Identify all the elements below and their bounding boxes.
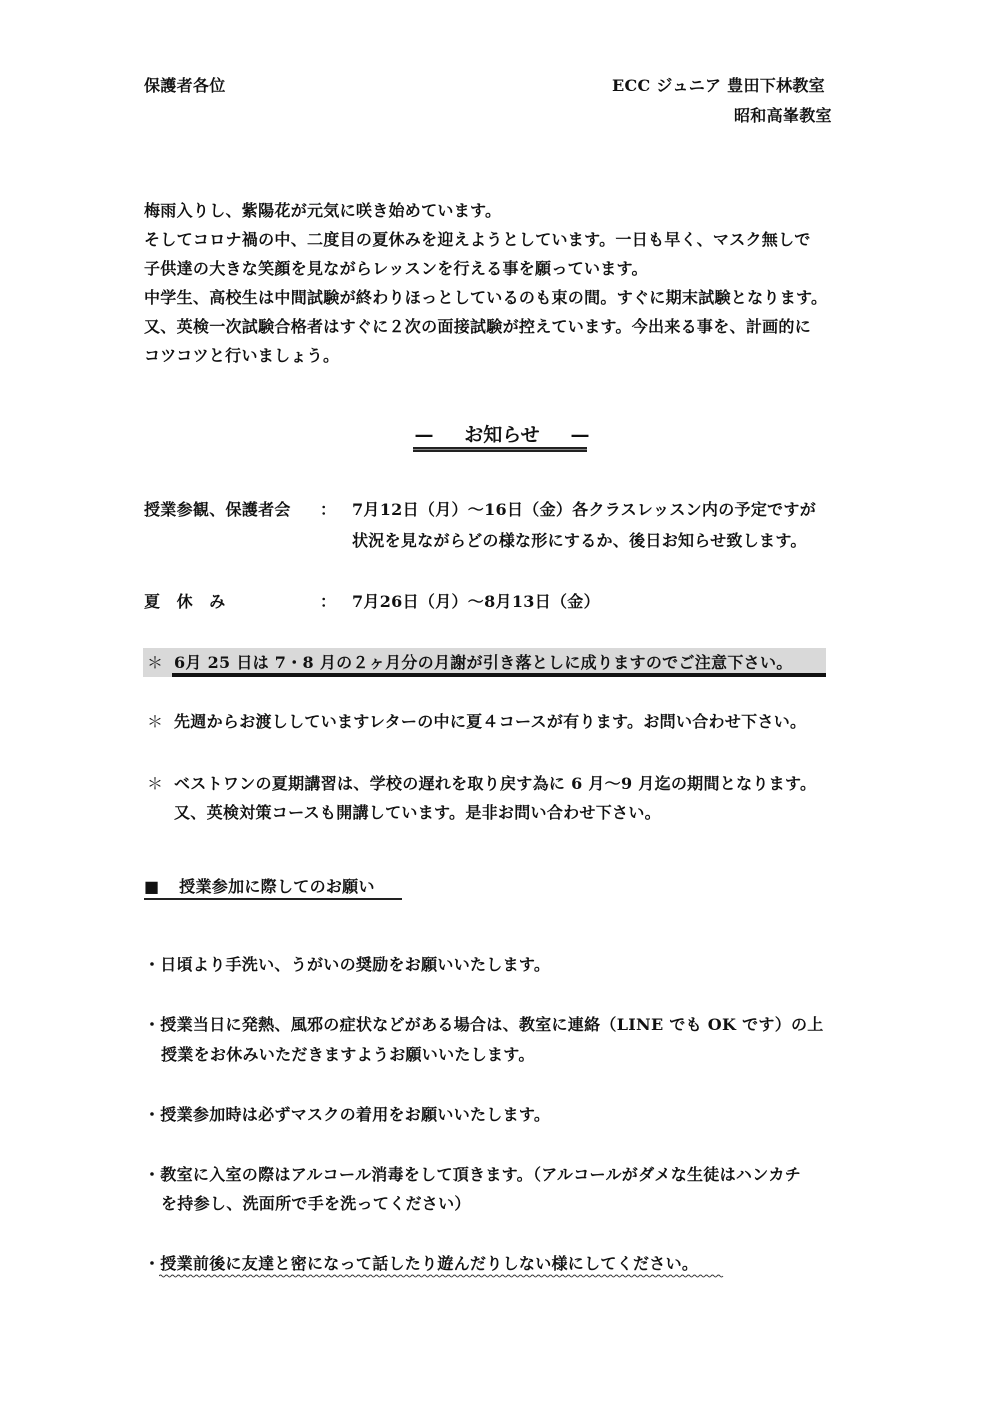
- heading-dash-left: —: [413, 424, 435, 446]
- greeting-line: 中学生、高校生は中間試験が終わりほっとしているのも束の間。すぐに期末試験となりま…: [144, 288, 827, 308]
- notice-heading: — お知らせ —: [413, 424, 587, 446]
- request-item-alcohol-cont: を持参し、洗面所で手を洗ってください）: [161, 1194, 471, 1214]
- request-item-fever-cont: 授業をお休みいただきますようお願いいたします。: [161, 1045, 535, 1065]
- asterisk-marker: ＊: [147, 774, 163, 794]
- square-bullet-icon: ■: [144, 877, 159, 896]
- request-item-distancing: ・授業前後に友達と密になって話したり遊んだりしない様にしてください。: [144, 1254, 698, 1274]
- schedule-value: 7月26日（月）～8月13日（金）: [352, 592, 600, 612]
- notice-double-underline: [413, 447, 587, 452]
- greeting-line: 梅雨入りし、紫陽花が元気に咲き始めています。: [144, 201, 501, 221]
- bestone-notice: ベストワンの夏期講習は、学校の遅れを取り戻す為に 6 月～9 月迄の期間となりま…: [174, 774, 816, 794]
- greeting-line: コツコツと行いましょう。: [144, 346, 339, 366]
- wavy-underline: [159, 1274, 743, 1278]
- requests-title: 授業参加に際してのお願い: [179, 877, 375, 896]
- schedule-colon: ：: [320, 592, 336, 612]
- recipient-label: 保護者各位: [144, 76, 226, 96]
- tuition-notice-underline: [172, 673, 826, 677]
- bestone-notice-cont: 又、英検対策コースも開講しています。是非お問い合わせ下さい。: [174, 803, 661, 823]
- tuition-notice: 6月 25 日は 7・8 月の２ヶ月分の月謝が引き落としに成りますのでご注意下さ…: [174, 653, 793, 673]
- request-item-alcohol: ・教室に入室の際はアルコール消毒をして頂きます。（アルコールがダメな生徒はハンカ…: [144, 1165, 801, 1185]
- request-item-mask: ・授業参加時は必ずマスクの着用をお願いいたします。: [144, 1105, 550, 1125]
- requests-heading-underline: [144, 898, 402, 900]
- schedule-value: 7月12日（月）～16日（金）各クラスレッスン内の予定ですが: [352, 500, 816, 520]
- schedule-label: 授業参観、保護者会: [144, 500, 291, 520]
- schedule-label: 夏 休 み: [144, 592, 226, 612]
- asterisk-marker: ＊: [147, 712, 163, 732]
- heading-dash-right: —: [569, 424, 591, 446]
- sender-school-branch: 昭和高峯教室: [734, 106, 832, 126]
- schedule-value-cont: 状況を見ながらどの様な形にするか、後日お知らせ致します。: [352, 531, 807, 551]
- notice-title: お知らせ: [464, 424, 539, 446]
- requests-heading: ■ 授業参加に際してのお願い: [144, 877, 375, 897]
- summer-course-notice: 先週からお渡ししていますレターの中に夏４コースが有ります。お問い合わせ下さい。: [174, 712, 806, 732]
- asterisk-marker: ＊: [147, 653, 163, 673]
- request-item-fever: ・授業当日に発熱、風邪の症状などがある場合は、教室に連絡（LINE でも OK …: [144, 1015, 824, 1035]
- greeting-line: 子供達の大きな笑顔を見ながらレッスンを行える事を願っています。: [144, 259, 648, 279]
- schedule-colon: ：: [320, 500, 336, 520]
- sender-school-name: ECC ジュニア 豊田下林教室: [612, 76, 825, 96]
- greeting-line: 又、英検一次試験合格者はすぐに２次の面接試験が控えています。今出来る事を、計画的…: [144, 317, 811, 337]
- greeting-line: そしてコロナ禍の中、二度目の夏休みを迎えようとしています。一日も早く、マスク無し…: [144, 230, 811, 250]
- request-item-handwashing: ・日頃より手洗い、うがいの奨励をお願いいたします。: [144, 955, 550, 975]
